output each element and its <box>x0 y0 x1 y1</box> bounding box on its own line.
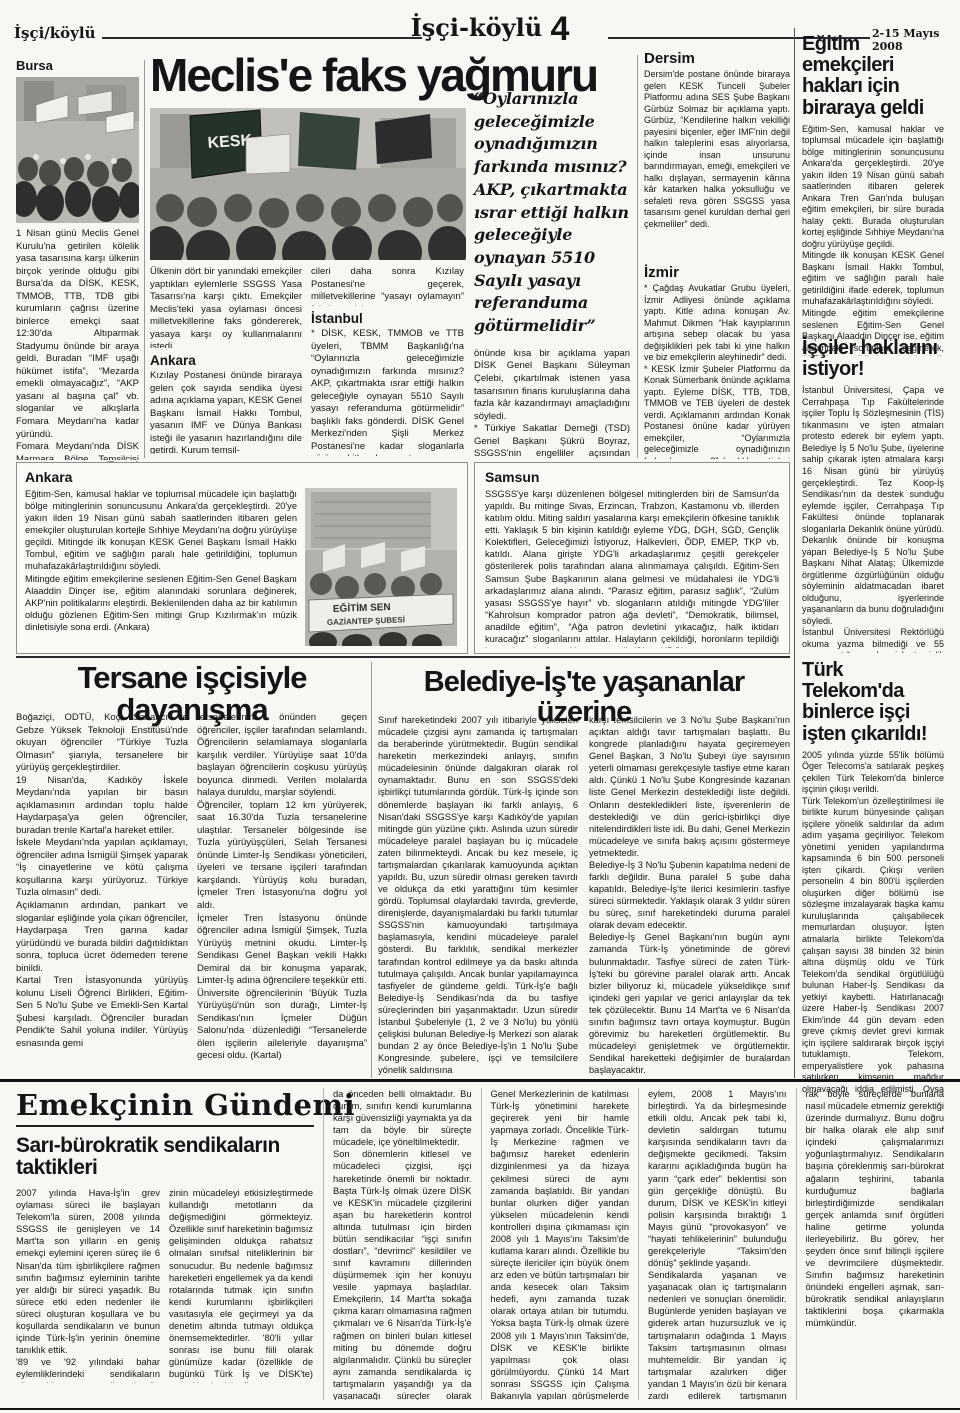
gundem-left-block: Emekçinin Gündemi Sarı-bürokratik sendik… <box>16 1088 314 1404</box>
pull-quote: “Oylarınızla geleceğimizle oynadığımızın… <box>474 88 630 338</box>
paper-name: İşçi-köylü <box>411 13 543 42</box>
gundem-col-2: zinin mücadeleyi etkisizleştirmede kulla… <box>169 1187 313 1383</box>
article-egitim-emekcileri: Eğitim emekçileri hakları için biraraya … <box>802 34 944 336</box>
ankara-box-heading: Ankara <box>25 469 459 485</box>
gundem-headline: Sarı-bürokratik sendikaların taktikleri <box>16 1135 314 1179</box>
masthead-rule-left <box>102 37 422 39</box>
ankara-report-cont: cileri daha sonra Kızılay Postanesi'ne g… <box>311 266 464 306</box>
bursa-kicker: Bursa <box>16 58 139 73</box>
opinion-emekcinin-gundemi: Emekçinin Gündemi Sarı-bürokratik sendik… <box>16 1088 944 1404</box>
telekom-headline: Türk Telekom'da binlerce işçi işten çıka… <box>802 660 944 745</box>
newspaper-page: İşçi/köylü İşçi-köylü 4 2-15 Mayıs 2008 … <box>0 0 960 1413</box>
tersane-col-1: Boğaziçi, ODTÜ, Koç, Sabancı ve Gebze Yü… <box>16 712 188 1076</box>
gundem-col-1: 2007 yılında Hava-İş'in grev oylaması sü… <box>16 1187 160 1383</box>
page-number: 4 <box>551 10 570 48</box>
subhead-ankara: Ankara <box>150 353 302 368</box>
column-rule <box>144 60 145 458</box>
isciler-headline: İşçiler haklarını istiyor! <box>802 338 944 380</box>
column-rule-main <box>794 28 795 1078</box>
main-intro: Ülkenin dört bir yanındaki emekçiler yap… <box>150 266 302 348</box>
box-samsun-miting: Samsun SSGSS'ye karşı düzenlenen bölgese… <box>474 462 790 654</box>
article-turk-telekom: Türk Telekom'da binlerce işçi işten çıka… <box>802 660 944 1076</box>
gundem-col-3: da önceden belli olmaktadır. Bu durum, s… <box>323 1088 472 1400</box>
gundem-banner-rule <box>16 1125 314 1127</box>
page-bottom-rule <box>0 1408 960 1410</box>
pull-quote-column: “Oylarınızla geleceğimizle oynadığımızın… <box>474 88 630 458</box>
main-article-col-2: cileri daha sonra Kızılay Postanesi'ne g… <box>311 266 464 458</box>
bursa-crowd-photo <box>16 77 139 223</box>
column-rule <box>371 662 372 1078</box>
main-article-col-1: Ülkenin dört bir yanındaki emekçiler yap… <box>150 266 302 458</box>
istanbul-report: * DİSK, KESK, TMMOB ve TTB üyeleri, TBMM… <box>311 328 464 456</box>
masthead-title-center: İşçi-köylü 4 <box>380 10 600 49</box>
ankara-miting-photo: EĞİTİM SEN GAZİANTEP ŞUBESİ <box>305 488 457 646</box>
bottom-band-rule <box>0 1079 960 1082</box>
article-isciler-haklari: İşçiler haklarını istiyor! İstanbul Üniv… <box>802 338 944 658</box>
gundem-col-6: rak böyle süreçlerde bunlarla nasıl müca… <box>796 1088 945 1400</box>
gundem-col-4: Genel Merkezlerinin de katılması Türk-İş… <box>481 1088 630 1400</box>
bursa-body: 1 Nisan günü Meclis Genel Kurulu'na geti… <box>16 228 139 460</box>
column-rule <box>637 55 638 458</box>
article-bursa: Bursa 1 Nisan günü Meclis Genel Kurulu'n… <box>16 58 139 458</box>
section-rule <box>16 656 790 658</box>
telekom-body: 2005 yılında yüzde 55'lik bölümü Öger Te… <box>802 750 944 1092</box>
samsun-box-body: SSGSS'ye karşı düzenlenen bölgesel mitin… <box>485 488 779 648</box>
gundem-banner: Emekçinin Gündemi <box>16 1088 314 1122</box>
dersim-izmir-column: Dersim Dersim'de postane önünde biraraya… <box>644 50 790 458</box>
ankara-box-body: Eğitim-Sen, kamusal haklar ve toplumsal … <box>25 488 297 646</box>
ankara-report: Kızılay Postanesi önünde biraraya gelen … <box>150 370 302 454</box>
masthead-title-left: İşçi/köylü <box>14 24 96 42</box>
belediye-col-1: Sınıf hareketindeki 2007 yılı itibariyle… <box>378 714 578 1076</box>
egitim-headline: Eğitim emekçileri hakları için biraraya … <box>802 34 944 119</box>
dersim-report: Dersim'de postane önünde biraraya gelen … <box>644 69 790 259</box>
subhead-dersim: Dersim <box>644 50 790 67</box>
isciler-body: İstanbul Üniversitesi, Çapa ve Cerrahpaş… <box>802 385 944 653</box>
box-ankara-miting: Ankara Eğitim-Sen, kamusal haklar ve top… <box>16 462 468 654</box>
izmir-report: * Çağdaş Avukatlar Grubu üyeleri, İzmir … <box>644 283 790 459</box>
samsun-box-heading: Samsun <box>485 469 779 485</box>
egitim-body: Eğitim-Sen, kamusal haklar ve toplumsal … <box>802 124 944 356</box>
subhead-istanbul: İstanbul <box>311 311 464 326</box>
belediye-col-2: karşı temsilcilerin ve 3 No'lu Şube Başk… <box>589 714 790 1076</box>
tersane-col-2: tersanelerinin önünden geçen öğrenciler,… <box>197 712 367 1076</box>
subhead-izmir: İzmir <box>644 264 790 281</box>
gundem-col-5: eylem, 2008 1 Mayıs'ını birleştirdi. Ya … <box>638 1088 787 1400</box>
main-protest-photo: KESK <box>150 108 466 260</box>
